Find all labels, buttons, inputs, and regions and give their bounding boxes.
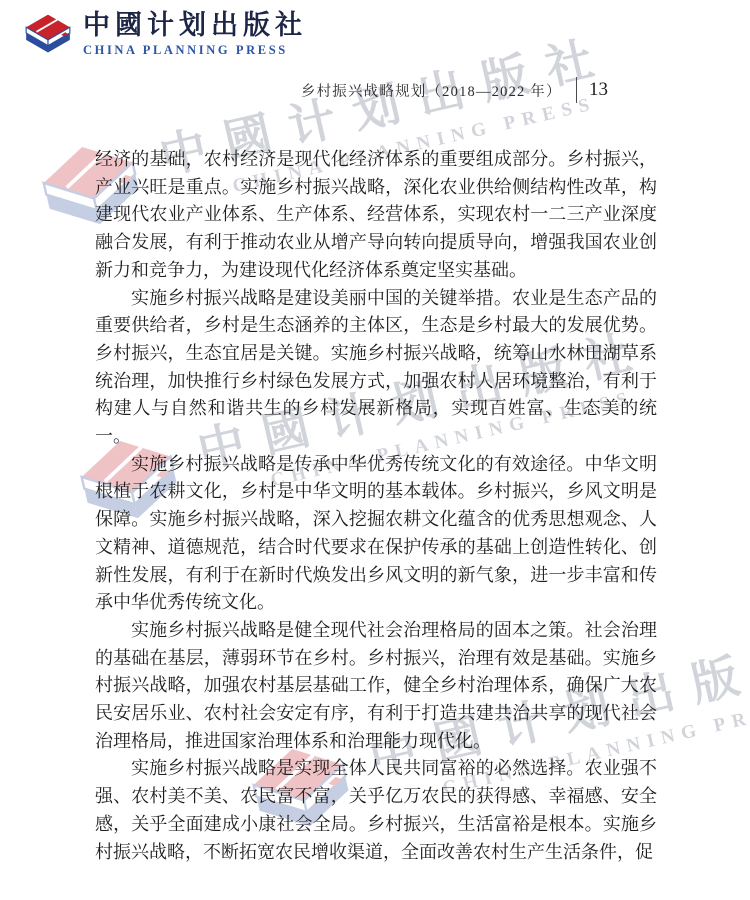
publisher-name-chinese: 中國计划出版社 xyxy=(83,10,307,41)
paragraph: 实施乡村振兴战略是建设美丽中国的关键举措。农业是生态产品的重要供给者，乡村是生态… xyxy=(95,285,657,451)
publisher-logo: 中國计划出版社 CHINA PLANNING PRESS xyxy=(25,10,307,58)
book-page: 中國计划出版社 CHINA PLANNING PRESS 中國计划出版社 CHI… xyxy=(0,0,750,900)
paragraph: 经济的基础，农村经济是现代化经济体系的重要组成部分。乡村振兴，产业兴旺是重点。实… xyxy=(95,146,657,285)
paragraph: 实施乡村振兴战略是传承中华优秀传统文化的有效途径。中华文明根植于农耕文化，乡村是… xyxy=(95,451,657,617)
publisher-name-english: CHINA PLANNING PRESS xyxy=(83,43,307,58)
stacked-books-icon xyxy=(25,12,71,54)
page-number: 13 xyxy=(589,79,608,101)
running-header: 乡村振兴战略规划（2018—2022 年） 13 xyxy=(0,74,608,106)
body-text: 经济的基础，农村经济是现代化经济体系的重要组成部分。乡村振兴，产业兴旺是重点。实… xyxy=(95,146,657,866)
paragraph: 实施乡村振兴战略是健全现代社会治理格局的固本之策。社会治理的基础在基层，薄弱环节… xyxy=(95,617,657,756)
header-divider xyxy=(576,77,577,103)
paragraph: 实施乡村振兴战略是实现全体人民共同富裕的必然选择。农业强不强、农村美不美、农民富… xyxy=(95,755,657,866)
running-title: 乡村振兴战略规划（2018—2022 年） xyxy=(301,80,562,101)
